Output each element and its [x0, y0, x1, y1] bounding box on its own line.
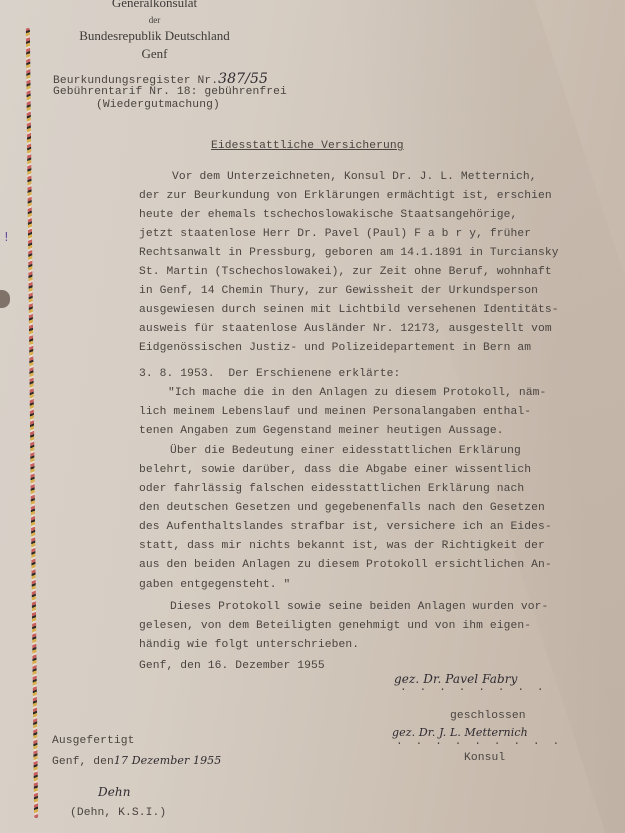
document-title: Eidesstattliche Versicherung	[211, 140, 404, 153]
body-line: heute der ehemals tschechoslowakische St…	[139, 209, 517, 222]
signature-dotted-line: . . . . . . . . .	[396, 736, 562, 749]
body-line: oder fahrlässig falschen eidesstattliche…	[139, 483, 524, 496]
ink-mark: !	[4, 230, 9, 244]
consul-title: Konsul	[464, 752, 505, 765]
body-line: 3. 8. 1953. Der Erschienene erklärte:	[139, 368, 400, 381]
body-line: tenen Angaben zum Gegenstand meiner heut…	[139, 425, 504, 438]
body-line: jetzt staatenlose Herr Dr. Pavel (Paul) …	[139, 228, 531, 241]
letterhead-line: Bundesrepublik Deutschland	[52, 28, 257, 44]
body-line: Eidgenössischen Justiz- und Polizeidepar…	[139, 342, 531, 355]
body-line: in Genf, 14 Chemin Thury, zur Gewissheit…	[139, 285, 538, 298]
body-line: aus den beiden Anlagen zu diesem Protoko…	[139, 559, 552, 572]
letterhead: Generalkonsulat der Bundesrepublik Deuts…	[52, 0, 257, 62]
body-line: ausweis für staatenlose Ausländer Nr. 12…	[139, 323, 552, 336]
body-line: St. Martin (Tschechoslowakei), zur Zeit …	[139, 266, 552, 279]
clerk-name: (Dehn, K.S.I.)	[70, 807, 166, 820]
body-line: Rechtsanwalt in Pressburg, geboren am 14…	[139, 247, 559, 260]
body-line: der zur Beurkundung von Erklärungen ermä…	[139, 190, 552, 203]
binding-cord	[26, 28, 38, 818]
letterhead-line: Generalkonsulat	[52, 0, 257, 10]
body-line: Vor dem Unterzeichneten, Konsul Dr. J. L…	[172, 171, 537, 184]
letterhead-line: der	[52, 14, 257, 26]
body-line: Dieses Protokoll sowie seine beiden Anla…	[170, 601, 548, 614]
body-line: statt, dass mir nichts bekannt ist, was …	[139, 540, 545, 553]
body-line: belehrt, sowie darüber, dass die Abgabe …	[139, 464, 531, 477]
body-line: den deutschen Gesetzen und gegebenenfall…	[139, 502, 545, 515]
body-line: gelesen, von dem Beteiligten genehmigt u…	[139, 620, 531, 633]
issued-place: Genf, den	[52, 756, 114, 768]
body-line: des Aufenthaltslandes strafbar ist, vers…	[139, 521, 552, 534]
letterhead-line: Genf	[52, 46, 257, 62]
body-line: händig wie folgt unterschrieben.	[139, 639, 359, 652]
signature-dotted-line: . . . . . . . .	[400, 682, 547, 695]
fee-note: (Wiedergutmachung)	[96, 99, 220, 112]
fee-line: Gebührentarif Nr. 18: gebührenfrei	[53, 86, 287, 99]
issued-date: 17 Dezember 1955	[114, 754, 221, 767]
body-line: Genf, den 16. Dezember 1955	[139, 660, 325, 673]
body-line: "Ich mache die in den Anlagen zu diesem …	[168, 387, 546, 400]
body-line: Über die Bedeutung einer eidesstattliche…	[170, 445, 521, 458]
body-line: ausgewiesen durch seinen mit Lichtbild v…	[139, 304, 559, 317]
body-line: lich meinem Lebenslauf und meinen Person…	[139, 406, 531, 419]
paper-tear	[0, 290, 10, 308]
clerk-signature: Dehn	[98, 786, 131, 799]
body-line: gaben entgegensteht. "	[139, 579, 290, 592]
register-number: 387/55	[218, 71, 268, 87]
closed-label: geschlossen	[450, 710, 526, 723]
issued-label: Ausgefertigt	[52, 735, 135, 748]
issued-place-date: Genf, den17 Dezember 1955	[52, 754, 221, 769]
